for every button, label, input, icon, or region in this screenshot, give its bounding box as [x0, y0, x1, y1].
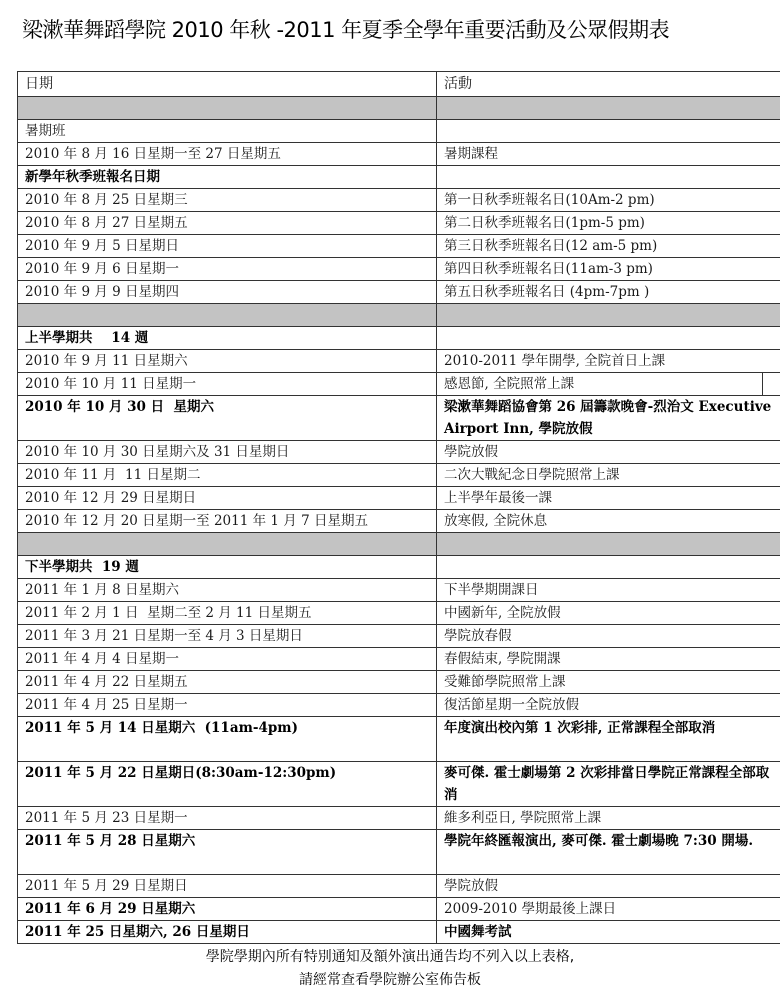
page-title: 梁漱華舞蹈學院 2010 年秋 -2011 年夏季全學年重要活動及公眾假期表 — [22, 14, 669, 44]
separator-row — [18, 533, 780, 556]
table-row: 2010 年 10 月 11 日星期一 感恩節, 全院照常上課 — [18, 373, 780, 396]
activity-cell: 學院放春假 — [437, 625, 780, 648]
activity-cell: 下半學期開課日 — [437, 579, 780, 602]
footer-line-1: 學院學期內所有特別通知及額外演出通告均不列入以上表格, — [0, 946, 780, 969]
table-row: 2010 年 10 月 30 日星期六及 31 日星期日 學院放假 — [18, 441, 780, 464]
section-heading-row: 新學年秋季班報名日期 — [18, 166, 780, 189]
date-cell: 2010 年 9 月 11 日星期六 — [18, 350, 437, 373]
table-row: 2010 年 12 月 20 日星期一至 2011 年 1 月 7 日星期五 放… — [18, 510, 780, 533]
date-cell: 下半學期共 19 週 — [18, 556, 437, 579]
section-label-row: 暑期班 — [18, 120, 780, 143]
activity-cell: 春假結束, 學院開課 — [437, 648, 780, 671]
table-row: 2010 年 9 月 5 日星期日 第三日秋季班報名日(12 am-5 pm) — [18, 235, 780, 258]
table-row: 2011 年 5 月 29 日星期日 學院放假 — [18, 875, 780, 898]
activity-cell: 第五日秋季班報名日 (4pm-7pm ) — [437, 281, 780, 304]
table-row: 2011 年 1 月 8 日星期六 下半學期開課日 — [18, 579, 780, 602]
table-row: 2010 年 9 月 11 日星期六 2010-2011 學年開學, 全院首日上… — [18, 350, 780, 373]
activity-cell: 放寒假, 全院休息 — [437, 510, 780, 533]
date-cell: 2010 年 10 月 30 日星期六及 31 日星期日 — [18, 441, 437, 464]
activity-cell: 第四日秋季班報名日(11am-3 pm) — [437, 258, 780, 281]
header-date: 日期 — [18, 72, 437, 97]
date-cell: 2011 年 6 月 29 日星期六 — [18, 898, 437, 921]
activity-cell: 第三日秋季班報名日(12 am-5 pm) — [437, 235, 780, 258]
section-heading-row: 下半學期共 19 週 — [18, 556, 780, 579]
header-activity: 活動 — [437, 72, 780, 97]
table-row: 2011 年 5 月 14 日星期六 (11am-4pm) 年度演出校內第 1 … — [18, 717, 780, 762]
activity-cell: 暑期課程 — [437, 143, 780, 166]
footer-notice: 學院學期內所有特別通知及額外演出通告均不列入以上表格, 請經常查看學院辦公室佈告… — [0, 946, 780, 992]
activity-cell: 學院放假 — [437, 875, 780, 898]
activity-cell: 受難節學院照常上課 — [437, 671, 780, 694]
activity-cell: 年度演出校內第 1 次彩排, 正常課程全部取消 — [437, 717, 780, 762]
activity-cell: 中國新年, 全院放假 — [437, 602, 780, 625]
activity-cell: 梁漱華舞蹈協會第 26 屆籌款晚會-烈治文 Executive Airport … — [437, 396, 780, 441]
table-row: 2011 年 25 日星期六, 26 日星期日 中國舞考試 — [18, 921, 780, 944]
section-heading-row: 上半學期共 14 週 — [18, 327, 780, 350]
footer-line-2: 請經常查看學院辦公室佈告板 — [0, 969, 780, 992]
date-cell — [18, 533, 437, 556]
date-cell: 2011 年 5 月 23 日星期一 — [18, 807, 437, 830]
activity-cell: 第一日秋季班報名日(10Am-2 pm) — [437, 189, 780, 212]
activity-cell: 上半學年最後一課 — [437, 487, 780, 510]
date-cell: 2010 年 10 月 11 日星期一 — [18, 373, 437, 396]
table-row: 2011 年 4 月 25 日星期一 復活節星期一全院放假 — [18, 694, 780, 717]
table-row: 2011 年 2 月 1 日 星期二至 2 月 11 日星期五 中國新年, 全院… — [18, 602, 780, 625]
date-cell: 2011 年 5 月 22 日星期日(8:30am-12:30pm) — [18, 762, 437, 807]
date-cell: 新學年秋季班報名日期 — [18, 166, 437, 189]
date-cell: 2010 年 9 月 5 日星期日 — [18, 235, 437, 258]
activity-cell — [437, 166, 780, 189]
activity-cell: 學院放假 — [437, 441, 780, 464]
table-row: 2010 年 8 月 27 日星期五 第二日秋季班報名日(1pm-5 pm) — [18, 212, 780, 235]
activity-cell: 麥可傑. 霍士劇場第 2 次彩排當日學院正常課程全部取消 — [437, 762, 780, 807]
activity-cell — [437, 97, 780, 120]
date-cell: 2010 年 8 月 16 日星期一至 27 日星期五 — [18, 143, 437, 166]
activity-cell: 維多利亞日, 學院照常上課 — [437, 807, 780, 830]
separator-row — [18, 97, 780, 120]
table-row: 2010 年 9 月 6 日星期一 第四日秋季班報名日(11am-3 pm) — [18, 258, 780, 281]
date-cell: 2010 年 9 月 9 日星期四 — [18, 281, 437, 304]
activity-cell: 2010-2011 學年開學, 全院首日上課 — [437, 350, 780, 373]
activity-cell: 二次大戰紀念日學院照常上課 — [437, 464, 780, 487]
date-cell: 2011 年 4 月 25 日星期一 — [18, 694, 437, 717]
activity-cell — [437, 120, 780, 143]
activity-cell: 感恩節, 全院照常上課 — [437, 373, 780, 396]
date-cell: 2011 年 5 月 28 日星期六 — [18, 830, 437, 875]
date-cell: 2010 年 12 月 20 日星期一至 2011 年 1 月 7 日星期五 — [18, 510, 437, 533]
table-row: 2011 年 3 月 21 日星期一至 4 月 3 日星期日 學院放春假 — [18, 625, 780, 648]
table-row: 2011 年 5 月 22 日星期日(8:30am-12:30pm) 麥可傑. … — [18, 762, 780, 807]
date-cell: 2010 年 9 月 6 日星期一 — [18, 258, 437, 281]
activity-cell — [437, 304, 780, 327]
activity-cell: 中國舞考試 — [437, 921, 780, 944]
table-row: 2011 年 5 月 28 日星期六 學院年終匯報演出, 麥可傑. 霍士劇場晚 … — [18, 830, 780, 875]
date-cell: 2011 年 1 月 8 日星期六 — [18, 579, 437, 602]
date-cell: 2011 年 25 日星期六, 26 日星期日 — [18, 921, 437, 944]
date-cell: 2011 年 4 月 4 日星期一 — [18, 648, 437, 671]
date-cell — [18, 97, 437, 120]
table-row: 2010 年 11 月 11 日星期二 二次大戰紀念日學院照常上課 — [18, 464, 780, 487]
table-row: 2010 年 9 月 9 日星期四 第五日秋季班報名日 (4pm-7pm ) — [18, 281, 780, 304]
table-row: 2010 年 12 月 29 日星期日 上半學年最後一課 — [18, 487, 780, 510]
activity-cell — [437, 327, 780, 350]
activity-cell — [437, 533, 780, 556]
activity-text: 感恩節, 全院照常上課 — [444, 373, 777, 395]
date-cell: 2011 年 5 月 29 日星期日 — [18, 875, 437, 898]
date-cell: 暑期班 — [18, 120, 437, 143]
activity-cell: 2009-2010 學期最後上課日 — [437, 898, 780, 921]
table-row: 2011 年 4 月 4 日星期一 春假結束, 學院開課 — [18, 648, 780, 671]
date-cell: 2010 年 11 月 11 日星期二 — [18, 464, 437, 487]
date-cell: 2010 年 8 月 25 日星期三 — [18, 189, 437, 212]
table-row: 2011 年 4 月 22 日星期五 受難節學院照常上課 — [18, 671, 780, 694]
table-row: 2011 年 5 月 23 日星期一 維多利亞日, 學院照常上課 — [18, 807, 780, 830]
activity-cell: 學院年終匯報演出, 麥可傑. 霍士劇場晚 7:30 開場. — [437, 830, 780, 875]
separator-row — [18, 304, 780, 327]
date-cell: 2010 年 10 月 30 日 星期六 — [18, 396, 437, 441]
date-cell: 2010 年 8 月 27 日星期五 — [18, 212, 437, 235]
date-cell: 2011 年 2 月 1 日 星期二至 2 月 11 日星期五 — [18, 602, 437, 625]
table-row: 2010 年 8 月 25 日星期三 第一日秋季班報名日(10Am-2 pm) — [18, 189, 780, 212]
date-cell: 2011 年 5 月 14 日星期六 (11am-4pm) — [18, 717, 437, 762]
table-row: 2010 年 8 月 16 日星期一至 27 日星期五 暑期課程 — [18, 143, 780, 166]
table-header-row: 日期 活動 — [18, 72, 780, 97]
date-cell: 2011 年 3 月 21 日星期一至 4 月 3 日星期日 — [18, 625, 437, 648]
schedule-table: 日期 活動 暑期班 2010 年 8 月 16 日星期一至 27 日星期五 暑期… — [17, 71, 780, 944]
table-row: 2011 年 6 月 29 日星期六 2009-2010 學期最後上課日 — [18, 898, 780, 921]
date-cell: 2011 年 4 月 22 日星期五 — [18, 671, 437, 694]
activity-cell — [437, 556, 780, 579]
date-cell: 上半學期共 14 週 — [18, 327, 437, 350]
date-cell — [18, 304, 437, 327]
activity-cell: 復活節星期一全院放假 — [437, 694, 780, 717]
date-cell: 2010 年 12 月 29 日星期日 — [18, 487, 437, 510]
activity-cell: 第二日秋季班報名日(1pm-5 pm) — [437, 212, 780, 235]
table-row: 2010 年 10 月 30 日 星期六 梁漱華舞蹈協會第 26 屆籌款晚會-烈… — [18, 396, 780, 441]
